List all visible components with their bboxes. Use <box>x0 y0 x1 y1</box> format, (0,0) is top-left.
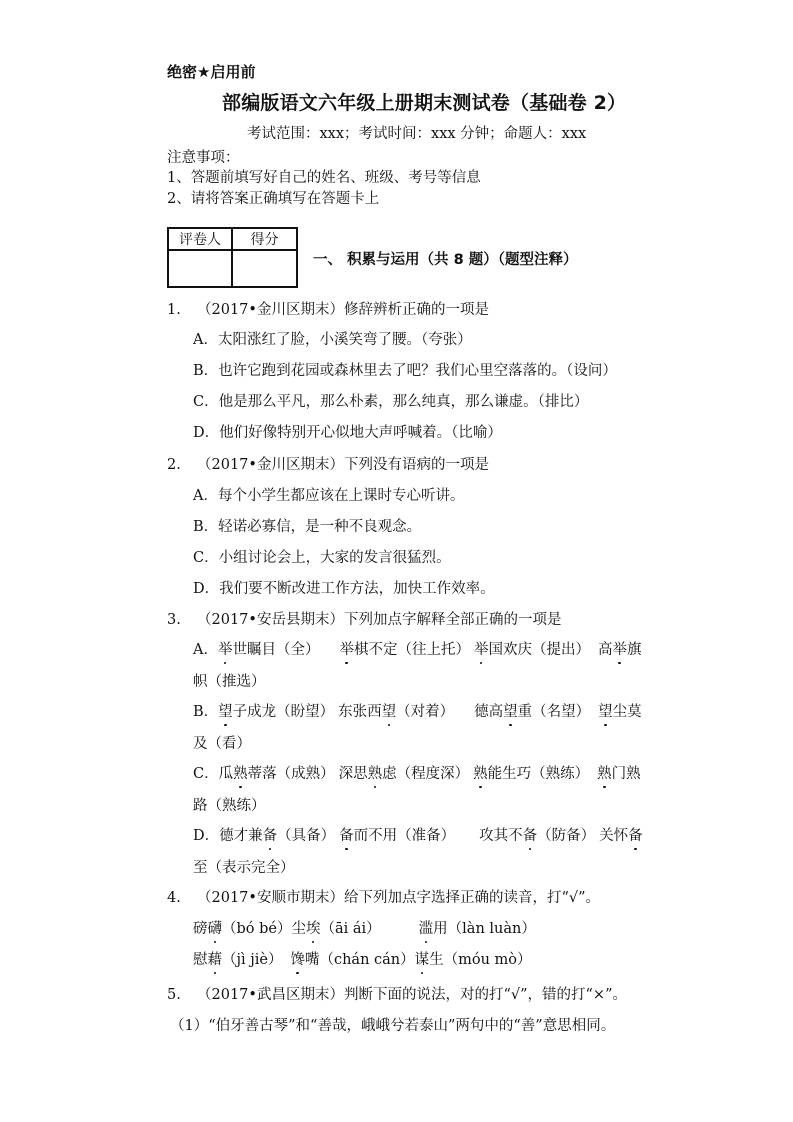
option-a: A．举世瞩目（全）举棋不定（往上托）举国欢庆（提出）高举旗 <box>193 638 641 659</box>
dotted-char: 备 <box>523 824 538 845</box>
text: 虑（程度深） <box>382 766 469 782</box>
text: 磅 <box>193 921 208 937</box>
option-b: B．也许它跑到花园或森林里去了吧？我们心里空落落的。（设问） <box>193 359 617 380</box>
question-text: （2017•武昌区期末）判断下面的说法，对的打“√”，错的打“×”。 <box>197 987 627 1003</box>
option-label: A． <box>193 642 218 658</box>
note-item: 1、答题前填写好自己的姓名、班级、考号等信息 <box>167 166 481 187</box>
section-title: 一、 积累与运用（共 8 题）（题型注释） <box>313 248 577 269</box>
dotted-char: 望 <box>382 700 397 721</box>
question-text: （2017•金川区期末）修辞辨析正确的一项是 <box>197 302 489 318</box>
text: （防备） <box>537 828 595 844</box>
text: 高 <box>598 642 613 658</box>
pinyin-choice: 生（móu mò） <box>429 952 531 968</box>
text: 德高 <box>474 704 503 720</box>
dotted-char: 举 <box>218 638 233 659</box>
document-title: 部编版语文六年级上册期末测试卷（基础卷 2） <box>222 88 626 115</box>
text: 慰 <box>193 952 208 968</box>
sub-item: （1）“伯牙善古琴”和“善哉，峨峨兮若泰山”两句中的“善”意思相同。 <box>170 1014 615 1035</box>
dotted-char: 举 <box>339 638 354 659</box>
option-label: D． <box>193 828 219 844</box>
dotted-char: 埃 <box>306 917 321 938</box>
question-text: （2017•安岳县期末）下列加点字解释全部正确的一项是 <box>197 612 561 628</box>
pinyin-choice: 用（làn luàn） <box>433 921 536 937</box>
dotted-char: 举 <box>474 638 489 659</box>
pinyin-row: 慰藉（jì jiè）馋嘴（chán cán）谋生（móu mò） <box>193 948 532 969</box>
option-label: C． <box>193 766 219 782</box>
score-table: 评卷人 得分 <box>167 227 298 288</box>
text: 关怀 <box>599 828 628 844</box>
text: （具备） <box>277 828 335 844</box>
text: 深思 <box>339 766 368 782</box>
question-number: 5. <box>167 987 197 1003</box>
option-a: A．太阳涨红了脸，小溪笑弯了腰。（夸张） <box>193 328 472 349</box>
text: （对着） <box>396 704 454 720</box>
dotted-char: 备 <box>339 824 354 845</box>
option-b: B．轻诺必寡信，是一种不良观念。 <box>193 515 421 536</box>
pinyin-row: 磅礴（bó bé）尘埃（āi ái）滥用（làn luàn） <box>193 917 536 938</box>
dotted-char: 馋 <box>290 948 305 969</box>
question-3: 3.（2017•安岳县期末）下列加点字解释全部正确的一项是 <box>167 608 561 629</box>
question-5: 5.（2017•武昌区期末）判断下面的说法，对的打“√”，错的打“×”。 <box>167 983 627 1004</box>
grader-header: 评卷人 <box>168 228 232 250</box>
text: 门熟 <box>612 766 641 782</box>
dotted-char: 举 <box>612 638 627 659</box>
dotted-char: 备 <box>628 824 643 845</box>
score-cell[interactable] <box>232 250 297 287</box>
pinyin-choice: （āi ái） <box>320 921 380 937</box>
question-number: 2. <box>167 457 197 473</box>
text: 旗 <box>627 642 642 658</box>
dotted-char: 藉 <box>208 948 223 969</box>
option-continuation: 帜（推选） <box>193 670 266 691</box>
question-text: （2017•金川区期末）下列没有语病的一项是 <box>197 457 489 473</box>
option-label: B． <box>193 704 218 720</box>
pinyin-choice: （bó bé） <box>222 921 291 937</box>
text: 东张西 <box>338 704 382 720</box>
text: 重（名望） <box>518 704 591 720</box>
text: 子成龙（盼望） <box>233 704 335 720</box>
text: 尘莫 <box>613 704 642 720</box>
dotted-char: 备 <box>263 824 278 845</box>
notes-heading: 注意事项： <box>167 146 240 167</box>
dotted-char: 望 <box>218 700 233 721</box>
option-d: D．德才兼备（具备）备而不用（准备）攻其不备（防备）关怀备 <box>193 824 643 845</box>
dotted-char: 礴 <box>208 917 223 938</box>
text: 棋不定（往上托） <box>354 642 470 658</box>
option-a: A．每个小学生都应该在上课时专心听讲。 <box>193 484 464 505</box>
question-number: 4. <box>167 890 197 906</box>
dotted-char: 熟 <box>473 762 488 783</box>
question-text: （2017•安顺市期末）给下列加点字选择正确的读音，打“√”。 <box>197 890 600 906</box>
text: 国欢庆（提出） <box>488 642 590 658</box>
text: 而不用（准备） <box>354 828 456 844</box>
text: 能生巧（熟练） <box>488 766 590 782</box>
text: 尘 <box>291 921 306 937</box>
text: 瓜 <box>219 766 234 782</box>
question-number: 3. <box>167 612 197 628</box>
dotted-char: 熟 <box>233 762 248 783</box>
option-c: C．小组讨论会上，大家的发言很猛烈。 <box>193 546 451 567</box>
question-2: 2.（2017•金川区期末）下列没有语病的一项是 <box>167 453 489 474</box>
pinyin-choice: 嘴（chán cán） <box>305 952 415 968</box>
option-d: D．他们好像特别开心似地大声呼喊着。（比喻） <box>193 421 502 442</box>
dotted-char: 谋 <box>415 948 430 969</box>
dotted-char: 望 <box>598 700 613 721</box>
dotted-char: 熟 <box>597 762 612 783</box>
option-c: C．瓜熟蒂落（成熟）深思熟虑（程度深）熟能生巧（熟练）熟门熟 <box>193 762 641 783</box>
option-continuation: 及（看） <box>193 732 251 753</box>
text: 蒂落（成熟） <box>248 766 335 782</box>
question-1: 1.（2017•金川区期末）修辞辨析正确的一项是 <box>167 298 489 319</box>
option-continuation: 至（表示完全） <box>193 856 295 877</box>
option-c: C．他是那么平凡，那么朴素，那么纯真，那么谦虚。（排比） <box>193 390 588 411</box>
dotted-char: 望 <box>503 700 518 721</box>
question-4: 4.（2017•安顺市期末）给下列加点字选择正确的读音，打“√”。 <box>167 886 600 907</box>
grader-cell[interactable] <box>168 250 232 287</box>
option-b: B．望子成龙（盼望）东张西望（对着）德高望重（名望）望尘莫 <box>193 700 642 721</box>
option-continuation: 路（熟练） <box>193 794 266 815</box>
text: 德才兼 <box>219 828 263 844</box>
score-header: 得分 <box>232 228 297 250</box>
option-d: D．我们要不断改进工作方法，加快工作效率。 <box>193 577 495 598</box>
text: 攻其不 <box>479 828 523 844</box>
note-item: 2、请将答案正确填写在答题卡上 <box>167 187 379 208</box>
confidential-label: 绝密★启用前 <box>167 61 255 82</box>
dotted-char: 熟 <box>368 762 383 783</box>
question-number: 1. <box>167 302 197 318</box>
exam-info: 考试范围：xxx；考试时间：xxx 分钟；命题人：xxx <box>247 122 586 143</box>
pinyin-choice: （jì jiè） <box>222 952 282 968</box>
text: 世瞩目（全） <box>232 642 319 658</box>
dotted-char: 滥 <box>419 917 434 938</box>
